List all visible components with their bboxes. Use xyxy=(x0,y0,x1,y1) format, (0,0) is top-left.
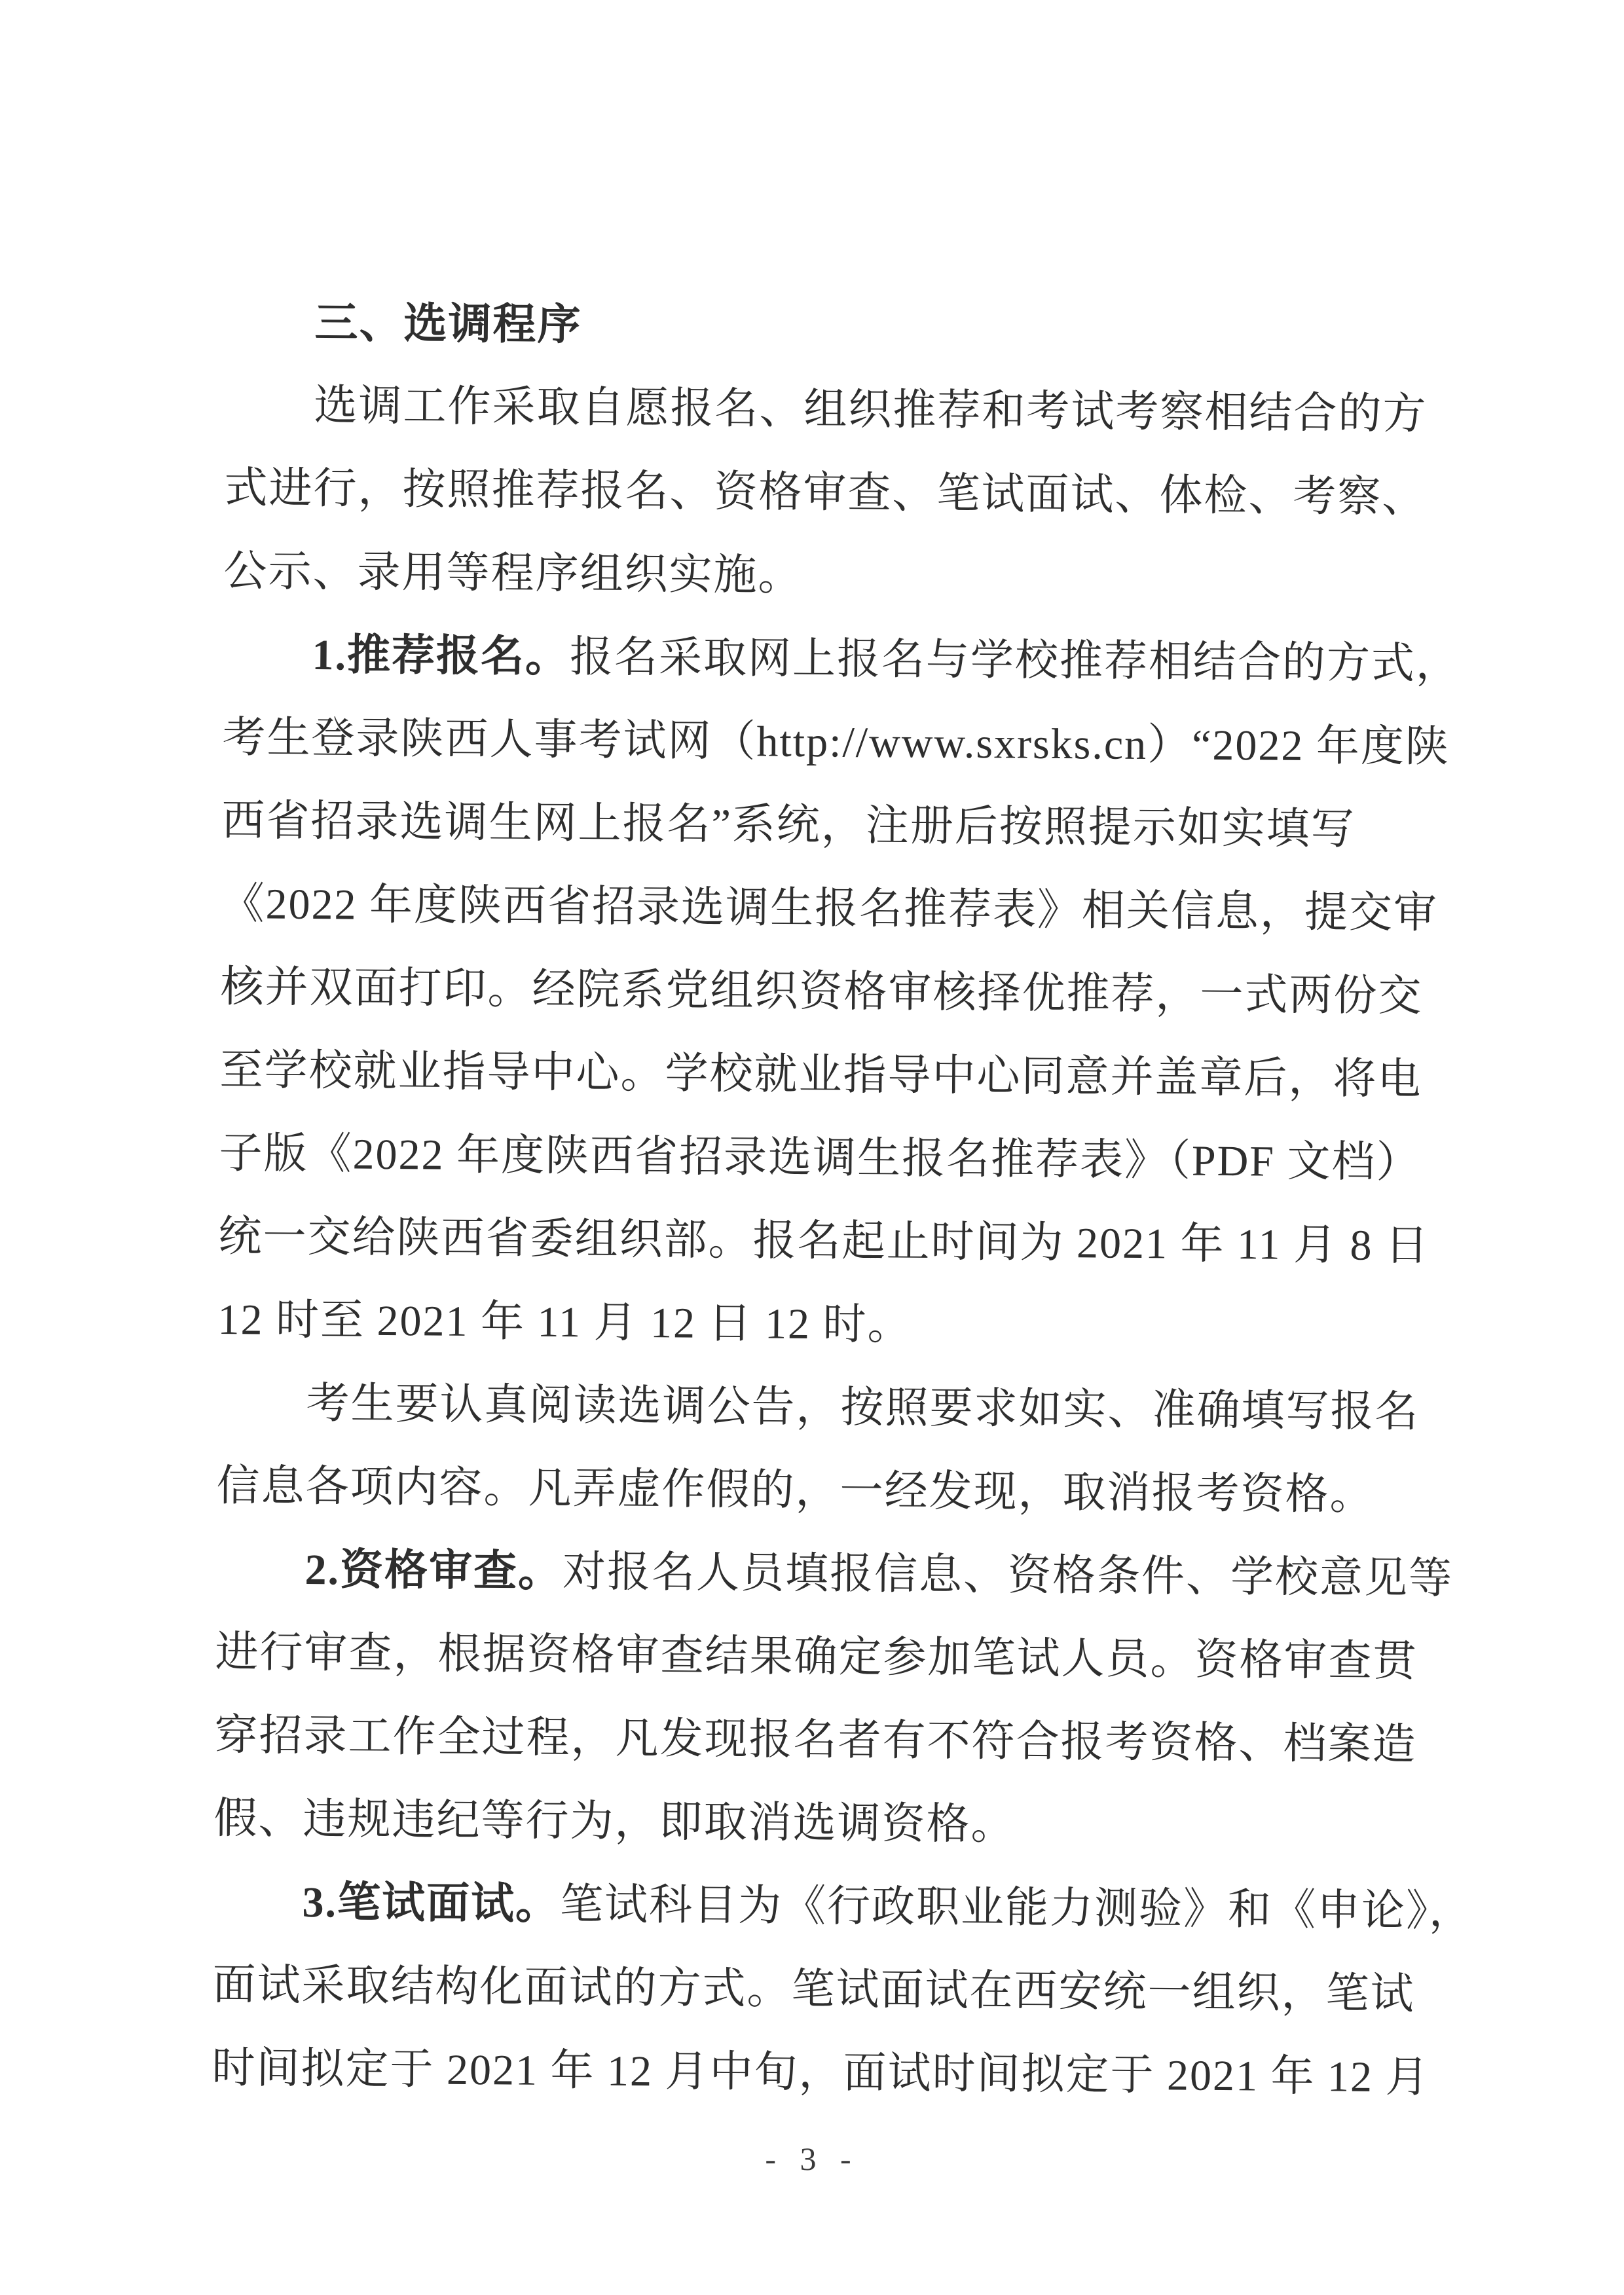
text-line: 核并双面打印。经院系党组织资格审核择优推荐，一式两份交 xyxy=(220,946,1465,1038)
text-line: 12 时至 2021 年 11 月 12 日 12 时。 xyxy=(217,1278,1462,1371)
page-number: - 3 - xyxy=(0,2140,1624,2178)
text-line: 《2022 年度陕西省招录选调生报名推荐表》相关信息，提交审 xyxy=(221,862,1466,955)
text-line: 穿招录工作全过程，凡发现报名者有不符合报考资格、档案造 xyxy=(214,1694,1459,1787)
paragraph-lines: 选调工作采取自愿报名、组织推荐和考试考察相结合的方式进行，按照推荐报名、资格审查… xyxy=(212,363,1469,2120)
text-line: 面试采取结构化面试的方式。笔试面试在西安统一组织，笔试 xyxy=(212,1943,1457,2036)
text-line: 子版《2022 年度陕西省招录选调生报名推荐表》（PDF 文档） xyxy=(219,1112,1464,1205)
list-item-lead: 1.推荐报名。 xyxy=(312,631,570,681)
section-heading: 三、选调程序 xyxy=(225,280,1470,373)
text-line: 公示、录用等程序组织实施。 xyxy=(223,530,1468,623)
text-line: 假、违规违纪等行为，即取消选调资格。 xyxy=(213,1777,1458,1870)
text-line: 统一交给陕西省委组织部。报名起止时间为 2021 年 11 月 8 日 xyxy=(218,1195,1463,1288)
text-line: 时间拟定于 2021 年 12 月中旬，面试时间拟定于 2021 年 12 月 xyxy=(212,2027,1456,2120)
text-line: 考生登录陕西人事考试网（http://www.sxrsks.cn）“2022 年… xyxy=(222,696,1467,789)
document-page: 三、选调程序 选调工作采取自愿报名、组织推荐和考试考察相结合的方式进行，按照推荐… xyxy=(0,0,1624,2295)
text-line: 信息各项内容。凡弄虚作假的，一经发现，取消报考资格。 xyxy=(216,1444,1461,1537)
text-line: 3.笔试面试。笔试科目为《行政职业能力测验》和《申论》， xyxy=(213,1860,1458,1953)
text-line: 西省招录选调生网上报名”系统，注册后按照提示如实填写 xyxy=(221,779,1466,872)
text-line: 进行审查，根据资格审查结果确定参加笔试人员。资格审查贯 xyxy=(215,1611,1460,1704)
text-line: 至学校就业指导中心。学校就业指导中心同意并盖章后，将电 xyxy=(219,1029,1464,1122)
list-item-lead: 2.资格审查。 xyxy=(304,1546,563,1596)
document-body: 三、选调程序 选调工作采取自愿报名、组织推荐和考试考察相结合的方式进行，按照推荐… xyxy=(212,280,1470,2120)
list-item-lead: 3.笔试面试。 xyxy=(302,1879,560,1928)
text-line: 式进行，按照推荐报名、资格审查、笔试面试、体检、考察、 xyxy=(224,447,1469,540)
text-line: 2.资格审查。对报名人员填报信息、资格条件、学校意见等 xyxy=(215,1528,1460,1621)
text-line: 考生要认真阅读选调公告，按照要求如实、准确填写报名 xyxy=(217,1361,1462,1454)
text-line: 选调工作采取自愿报名、组织推荐和考试考察相结合的方 xyxy=(225,363,1469,456)
text-line: 1.推荐报名。报名采取网上报名与学校推荐相结合的方式， xyxy=(223,613,1467,706)
